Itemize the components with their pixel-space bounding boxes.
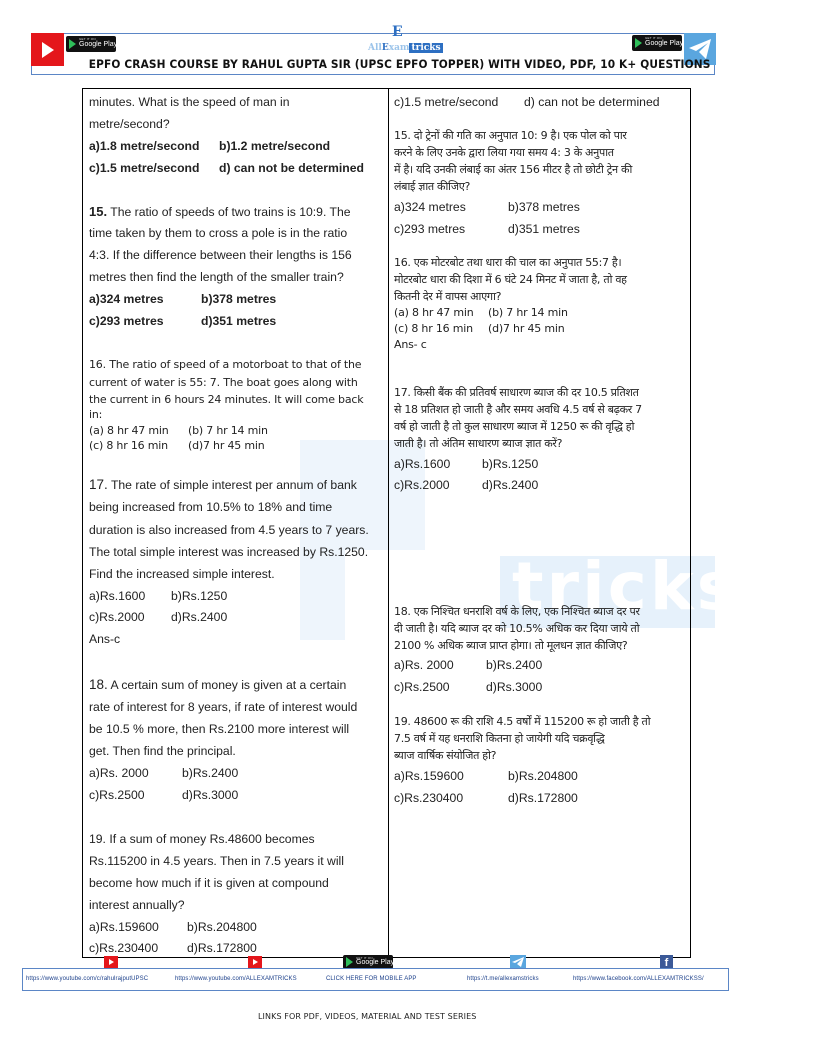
footer-link-facebook[interactable]: https://www.facebook.com/ALLEXAMTRICKSS/ — [573, 976, 704, 982]
facebook-icon[interactable]: f — [660, 955, 673, 969]
google-play-badge-left[interactable]: GET IT ON Google Play — [66, 36, 116, 52]
google-play-icon — [69, 39, 76, 49]
youtube-icon[interactable] — [104, 956, 118, 968]
google-play-badge-right[interactable]: GET IT ON Google Play — [632, 35, 682, 51]
footer-link-youtube-rahul[interactable]: https://www.youtube.com/c/rahulrajputUPS… — [26, 976, 148, 982]
footer-link-youtube-allexamtricks[interactable]: https://www.youtube.com/ALLEXAMTRICKS — [175, 976, 297, 982]
column-divider — [388, 88, 389, 958]
header-title: EPFO CRASH COURSE BY RAHUL GUPTA SIR (UP… — [89, 57, 659, 71]
youtube-icon[interactable] — [31, 33, 64, 66]
allexamtricks-logo: E AllExamtricks — [368, 24, 438, 58]
google-play-badge-footer[interactable]: GET IT ON Google Play — [343, 955, 393, 969]
footer-link-telegram[interactable]: https://t.me/allexamstricks — [467, 976, 539, 982]
telegram-icon[interactable] — [510, 955, 526, 969]
links-caption: LINKS FOR PDF, VIDEOS, MATERIAL AND TEST… — [258, 1012, 476, 1021]
google-play-icon — [635, 38, 642, 48]
footer-link-mobile-app[interactable]: CLICK HERE FOR MOBILE APP — [326, 976, 417, 982]
youtube-icon[interactable] — [248, 956, 262, 968]
google-play-icon — [346, 957, 353, 967]
